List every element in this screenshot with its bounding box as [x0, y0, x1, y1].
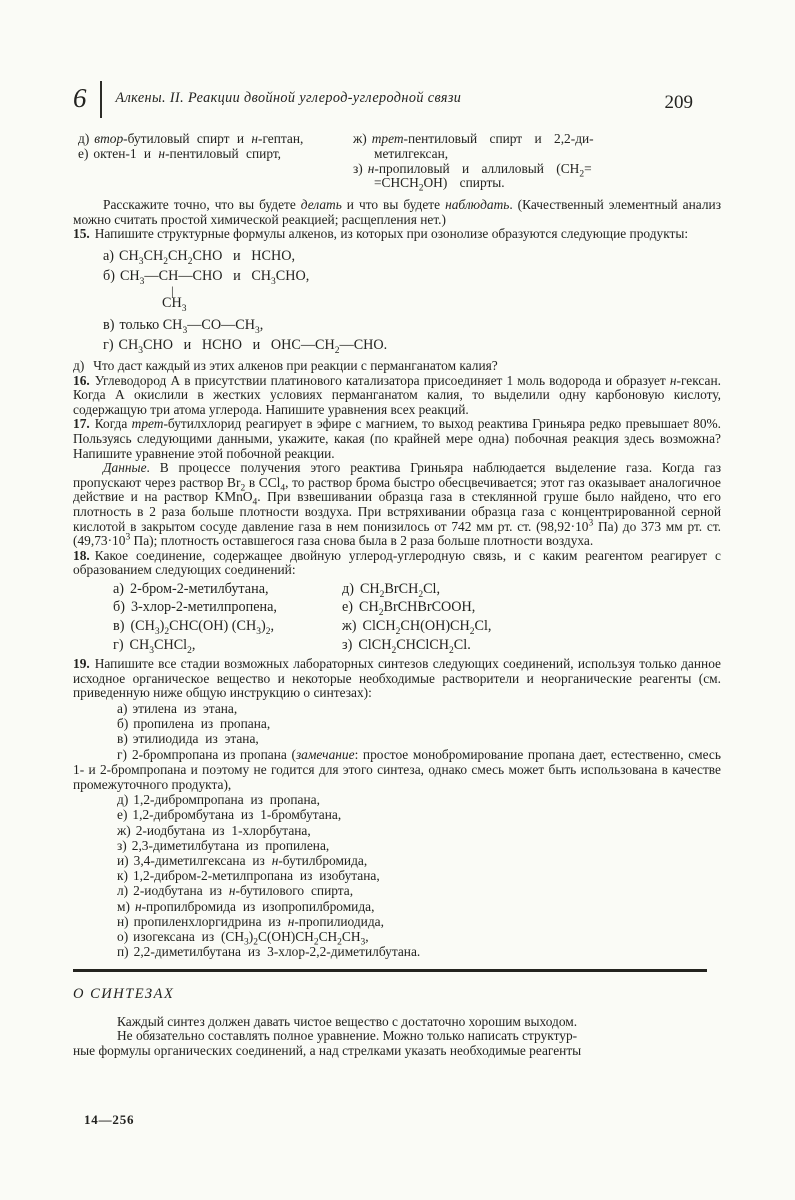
methyl-group: CH3: [162, 296, 721, 310]
formula: только CH3—CO—CH3,: [119, 317, 263, 333]
compound-column-right: д)CH2BrCH2Cl, е)CH2BrCHBrCOOH, ж)ClCH2CH…: [342, 580, 721, 654]
continuation-list-right: ж)трет-пентиловый спирт и 2,2-ди-метилге…: [353, 132, 721, 191]
problem-number: 16.: [73, 373, 90, 388]
compound-item: д)CH2BrCH2Cl,: [342, 580, 721, 599]
list-item: з)н-пропиловый и аллиловый (CH2==CHCH2OH…: [353, 162, 721, 192]
synthesis-item: в)этилиодида из этана,: [117, 731, 721, 746]
formula: CH2BrCH2Cl,: [360, 581, 440, 597]
formula-line: б)CH3—CH—CHO и CH3CHO,: [103, 266, 721, 286]
synthesis-item: ж)2-иодбутана из 1-хлорбутана,: [117, 823, 721, 838]
problem-16: 16.Углеводород А в присутствии платиново…: [73, 374, 721, 418]
list-item: д)втор-бутиловый спирт и н-гептан,: [78, 132, 353, 147]
item-label: к): [117, 868, 128, 883]
continuation-list: д)втор-бутиловый спирт и н-гептан, е)окт…: [73, 132, 721, 191]
problem-15: 15.Напишите структурные формулы алкенов,…: [73, 227, 721, 242]
item-text: 1,2-дибром-2-метилпропана из изобутана,: [133, 868, 380, 883]
item-label: а): [113, 581, 124, 597]
compound-columns: а)2-бром-2-метилбутана, б)3-хлор-2-метил…: [73, 580, 721, 654]
synthesis-paragraph: Каждый синтез должен давать чистое вещес…: [73, 1015, 721, 1030]
problem-text: Какое соединение, содержащее двойную угл…: [73, 548, 721, 578]
item-label: в): [103, 317, 114, 333]
item-text: 2-бромпропана из пропана (замечание: про…: [73, 747, 721, 792]
item-label: ж): [353, 131, 367, 146]
compound-item: ж)ClCH2CH(OH)CH2Cl,: [342, 617, 721, 636]
item-label: г): [117, 747, 127, 762]
formula: CH2BrCHBrCOOH,: [359, 599, 475, 615]
compound-item: б)3-хлор-2-метилпропена,: [113, 598, 342, 617]
item-label: в): [117, 731, 128, 746]
continuation-list-left: д)втор-бутиловый спирт и н-гептан, е)окт…: [73, 132, 353, 191]
synthesis-item: д)1,2-дибромпропана из пропана,: [117, 792, 721, 807]
problem-text: Углеводород А в присутствии платинового …: [73, 373, 721, 417]
problem-17: 17.Когда трет-бутилхлорид реагирует в эф…: [73, 417, 721, 461]
compound-column-left: а)2-бром-2-метилбутана, б)3-хлор-2-метил…: [113, 580, 342, 654]
item-label: а): [103, 248, 114, 264]
problem-number: 18.: [73, 548, 90, 563]
item-text: втор-бутиловый спирт и н-гептан,: [94, 131, 303, 146]
problem-number: 15.: [73, 226, 90, 241]
item-label: з): [342, 637, 352, 653]
synthesis-heading: О СИНТЕЗАХ: [73, 987, 721, 1002]
running-header: 6 Алкены. II. Реакции двойной углерод-уг…: [73, 0, 721, 118]
item-label: ж): [117, 823, 131, 838]
formula: 2-бром-2-метилбутана,: [130, 581, 269, 597]
synthesis-item: е)1,2-дибромбутана из 1-бромбутана,: [117, 807, 721, 822]
item-label: ж): [342, 618, 357, 634]
item-text: 2,2-диметилбутана из 3-хлор-2,2-диметилб…: [134, 944, 421, 959]
synthesis-item: к)1,2-дибром-2-метилпропана из изобутана…: [117, 868, 721, 883]
problem-number: 17.: [73, 416, 90, 431]
item-label: д): [78, 131, 89, 146]
synthesis-item: г)2-бромпропана из пропана (замечание: п…: [73, 747, 721, 793]
synthesis-item: м)н-пропилбромида из изопропилбромида,: [117, 899, 721, 914]
item-label: е): [342, 599, 353, 615]
compound-item: а)2-бром-2-метилбутана,: [113, 580, 342, 599]
header-divider: [100, 81, 102, 118]
item-text: этилена из этана,: [132, 701, 237, 716]
formula-line: в)только CH3—CO—CH3,: [103, 315, 721, 335]
formula: CH3CH2CH2CHO и HCHO,: [119, 248, 295, 264]
synthesis-item: л)2-иодбутана из н-бутилового спирта,: [117, 883, 721, 898]
section-divider: [73, 969, 707, 972]
item-label: в): [113, 618, 124, 634]
problem-text: Напишите все стадии возможных лабораторн…: [73, 656, 721, 700]
item-text: Что даст каждый из этих алкенов при реак…: [93, 358, 497, 373]
item-label: д): [73, 358, 84, 373]
item-text: пропиленхлоргидрина из н-пропилиодида,: [134, 914, 384, 929]
item-label: е): [78, 146, 88, 161]
problem-text: Когда трет-бутилхлорид реагирует в эфире…: [73, 416, 721, 460]
formula: CH3—CH—CHO и CH3CHO,: [120, 268, 309, 284]
item-text: 1,2-дибромбутана из 1-бромбутана,: [132, 807, 341, 822]
problem-text: Напишите структурные формулы алкенов, из…: [95, 226, 688, 241]
formula: ClCH2CH(OH)CH2Cl,: [363, 618, 492, 634]
formula: 3-хлор-2-метилпропена,: [131, 599, 277, 615]
item-text: изогексана из (CH3)2C(OH)CH2CH2CH3,: [133, 929, 368, 944]
item-text: 1,2-дибромпропана из пропана,: [133, 792, 320, 807]
synthesis-item: п)2,2-диметилбутана из 3-хлор-2,2-димети…: [117, 944, 721, 959]
item-label: д): [117, 792, 128, 807]
item-label: и): [117, 853, 129, 868]
formula: CH3CHO и HCHO и OHC—CH2—CHO.: [119, 337, 388, 353]
item-text: 2-иодбутана из 1-хлорбутана,: [136, 823, 311, 838]
chapter-number: 6: [73, 84, 87, 112]
synthesis-list: а)этилена из этана, б)пропилена из пропа…: [73, 701, 721, 959]
item-text: н-пропилбромида из изопропилбромида,: [135, 899, 375, 914]
formula: CH3CHCl2,: [130, 637, 196, 653]
scanned-book-page: 6 Алкены. II. Реакции двойной углерод-уг…: [0, 0, 795, 1200]
formula-line: а)CH3CH2CH2CHO и HCHO,: [103, 246, 721, 266]
page-content: 6 Алкены. II. Реакции двойной углерод-уг…: [73, 0, 721, 1058]
item-text: н-пропиловый и аллиловый (CH2==CHCH2OH) …: [368, 161, 592, 191]
synthesis-item: и)3,4-диметилгексана из н-бутилбромида,: [117, 853, 721, 868]
synthesis-item: н)пропиленхлоргидрина из н-пропилиодида,: [117, 914, 721, 929]
item-label: б): [117, 716, 128, 731]
compound-item: в)(CH3)2CHC(OH) (CH3)2,: [113, 617, 342, 636]
item-text: октен-1 и н-пентиловый спирт,: [93, 146, 281, 161]
formula: ClCH2CHClCH2Cl.: [358, 637, 470, 653]
item-text: этилиодида из этана,: [133, 731, 259, 746]
item-label: г): [103, 337, 114, 353]
problem-19: 19.Напишите все стадии возможных лаборат…: [73, 657, 721, 701]
item-label: м): [117, 899, 130, 914]
print-run-signature: 14—256: [84, 1112, 134, 1128]
item-label: з): [117, 838, 127, 853]
compound-item: е)CH2BrCHBrCOOH,: [342, 598, 721, 617]
item-label: н): [117, 914, 129, 929]
synthesis-paragraph: Не обязательно составлять полное уравнен…: [73, 1029, 721, 1058]
item-label: б): [103, 268, 115, 284]
problem-17-data-paragraph: Данные. В процессе получения этого реакт…: [73, 461, 721, 549]
item-label: о): [117, 929, 128, 944]
item-label: з): [353, 161, 363, 176]
item-text: пропилена из пропана,: [133, 716, 270, 731]
intro-paragraph: Расскажите точно, что вы будете делать и…: [73, 198, 721, 227]
problem-15d-question: д)Что даст каждый из этих алкенов при ре…: [73, 359, 721, 374]
ozonolysis-product-list: а)CH3CH2CH2CHO и HCHO, б)CH3—CH—CHO и CH…: [103, 246, 721, 355]
page-number: 209: [665, 84, 694, 114]
item-label: г): [113, 637, 124, 653]
item-label: а): [117, 701, 127, 716]
running-title: Алкены. II. Реакции двойной углерод-угле…: [116, 84, 462, 106]
item-label: б): [113, 599, 125, 615]
item-label: д): [342, 581, 354, 597]
synthesis-item: з)2,3-диметилбутана из пропилена,: [117, 838, 721, 853]
item-text: 3,4-диметилгексана из н-бутилбромида,: [134, 853, 368, 868]
formula: (CH3)2CHC(OH) (CH3)2,: [130, 618, 274, 634]
synthesis-item: о)изогексана из (CH3)2C(OH)CH2CH2CH3,: [117, 929, 721, 944]
list-item: е)октен-1 и н-пентиловый спирт,: [78, 147, 353, 162]
problem-number: 19.: [73, 656, 90, 671]
item-text: 2,3-диметилбутана из пропилена,: [132, 838, 329, 853]
synthesis-item: а)этилена из этана,: [117, 701, 721, 716]
item-label: л): [117, 883, 128, 898]
item-text: трет-пентиловый спирт и 2,2-ди-метилгекс…: [372, 131, 594, 161]
item-text: 2-иодбутана из н-бутилового спирта,: [133, 883, 353, 898]
synthesis-item: б)пропилена из пропана,: [117, 716, 721, 731]
item-label: е): [117, 807, 127, 822]
compound-item: з)ClCH2CHClCH2Cl.: [342, 636, 721, 655]
compound-item: г)CH3CHCl2,: [113, 636, 342, 655]
bond-line: |: [171, 286, 721, 296]
formula-line: г)CH3CHO и HCHO и OHC—CH2—CHO.: [103, 335, 721, 355]
item-label: п): [117, 944, 129, 959]
problem-18: 18.Какое соединение, содержащее двойную …: [73, 549, 721, 578]
list-item: ж)трет-пентиловый спирт и 2,2-ди-метилге…: [353, 132, 721, 162]
